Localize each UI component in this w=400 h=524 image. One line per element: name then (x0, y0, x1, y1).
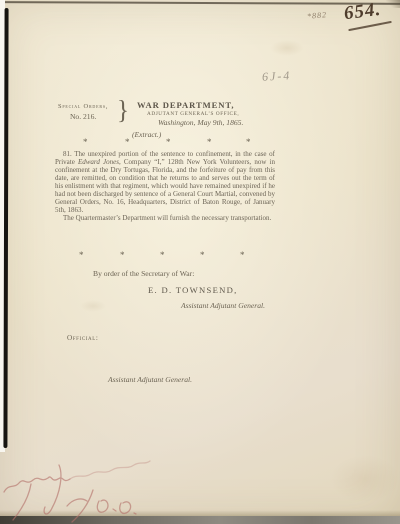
paragraph-text: , Company “I,” 128th New York Volunteers… (55, 158, 275, 214)
asterisk-separator: * (166, 137, 171, 147)
paragraph-remission: 81. The unexpired portion of the sentenc… (55, 151, 275, 215)
asterisk-separator: * (79, 250, 84, 260)
asterisk-separator: * (207, 137, 212, 147)
extract-label: (Extract.) (132, 130, 161, 139)
department-block: WAR DEPARTMENT, Adjutant General’s Offic… (137, 100, 243, 127)
department-name: WAR DEPARTMENT, (137, 100, 243, 110)
special-orders-label: Special Orders, (58, 103, 108, 110)
asterisk-separator: * (240, 250, 245, 260)
asterisk-separator: * (83, 137, 88, 147)
asterisk-separator: * (246, 137, 251, 147)
by-order-line: By order of the Secretary of War: (93, 269, 194, 278)
official-countersign-title: Assistant Adjutant General. (108, 375, 192, 384)
order-number: No. 216. (58, 112, 108, 121)
order-body: 81. The unexpired portion of the sentenc… (55, 151, 275, 223)
asterisk-separator: * (200, 250, 205, 260)
official-label: Official: (67, 334, 98, 342)
signature-title: Assistant Adjutant General. (181, 301, 265, 310)
pencil-number-annotation: *882 (307, 10, 328, 21)
pencil-code-annotation: 6J-4 (262, 68, 292, 85)
paper-corner-shade (386, 0, 400, 8)
special-orders-block: Special Orders, No. 216. (58, 103, 108, 121)
header-brace: } (117, 96, 129, 125)
asterisk-separator: * (160, 250, 165, 260)
asterisk-separator: * (125, 137, 130, 147)
signature-name: E. D. TOWNSEND, (148, 285, 238, 295)
handwritten-note-red (0, 452, 210, 524)
scanned-document: *882 654. 6J-4 Special Orders, No. 216. … (0, 0, 400, 524)
asterisk-separator: * (120, 250, 125, 260)
office-name: Adjutant General’s Office, (147, 111, 243, 117)
prisoner-name: Edward Jones (78, 158, 119, 166)
document-paper (0, 0, 400, 524)
dateline: Washington, May 9th, 1865. (158, 118, 243, 127)
paragraph-transportation: The Quartermaster’s Department will furn… (55, 215, 275, 223)
